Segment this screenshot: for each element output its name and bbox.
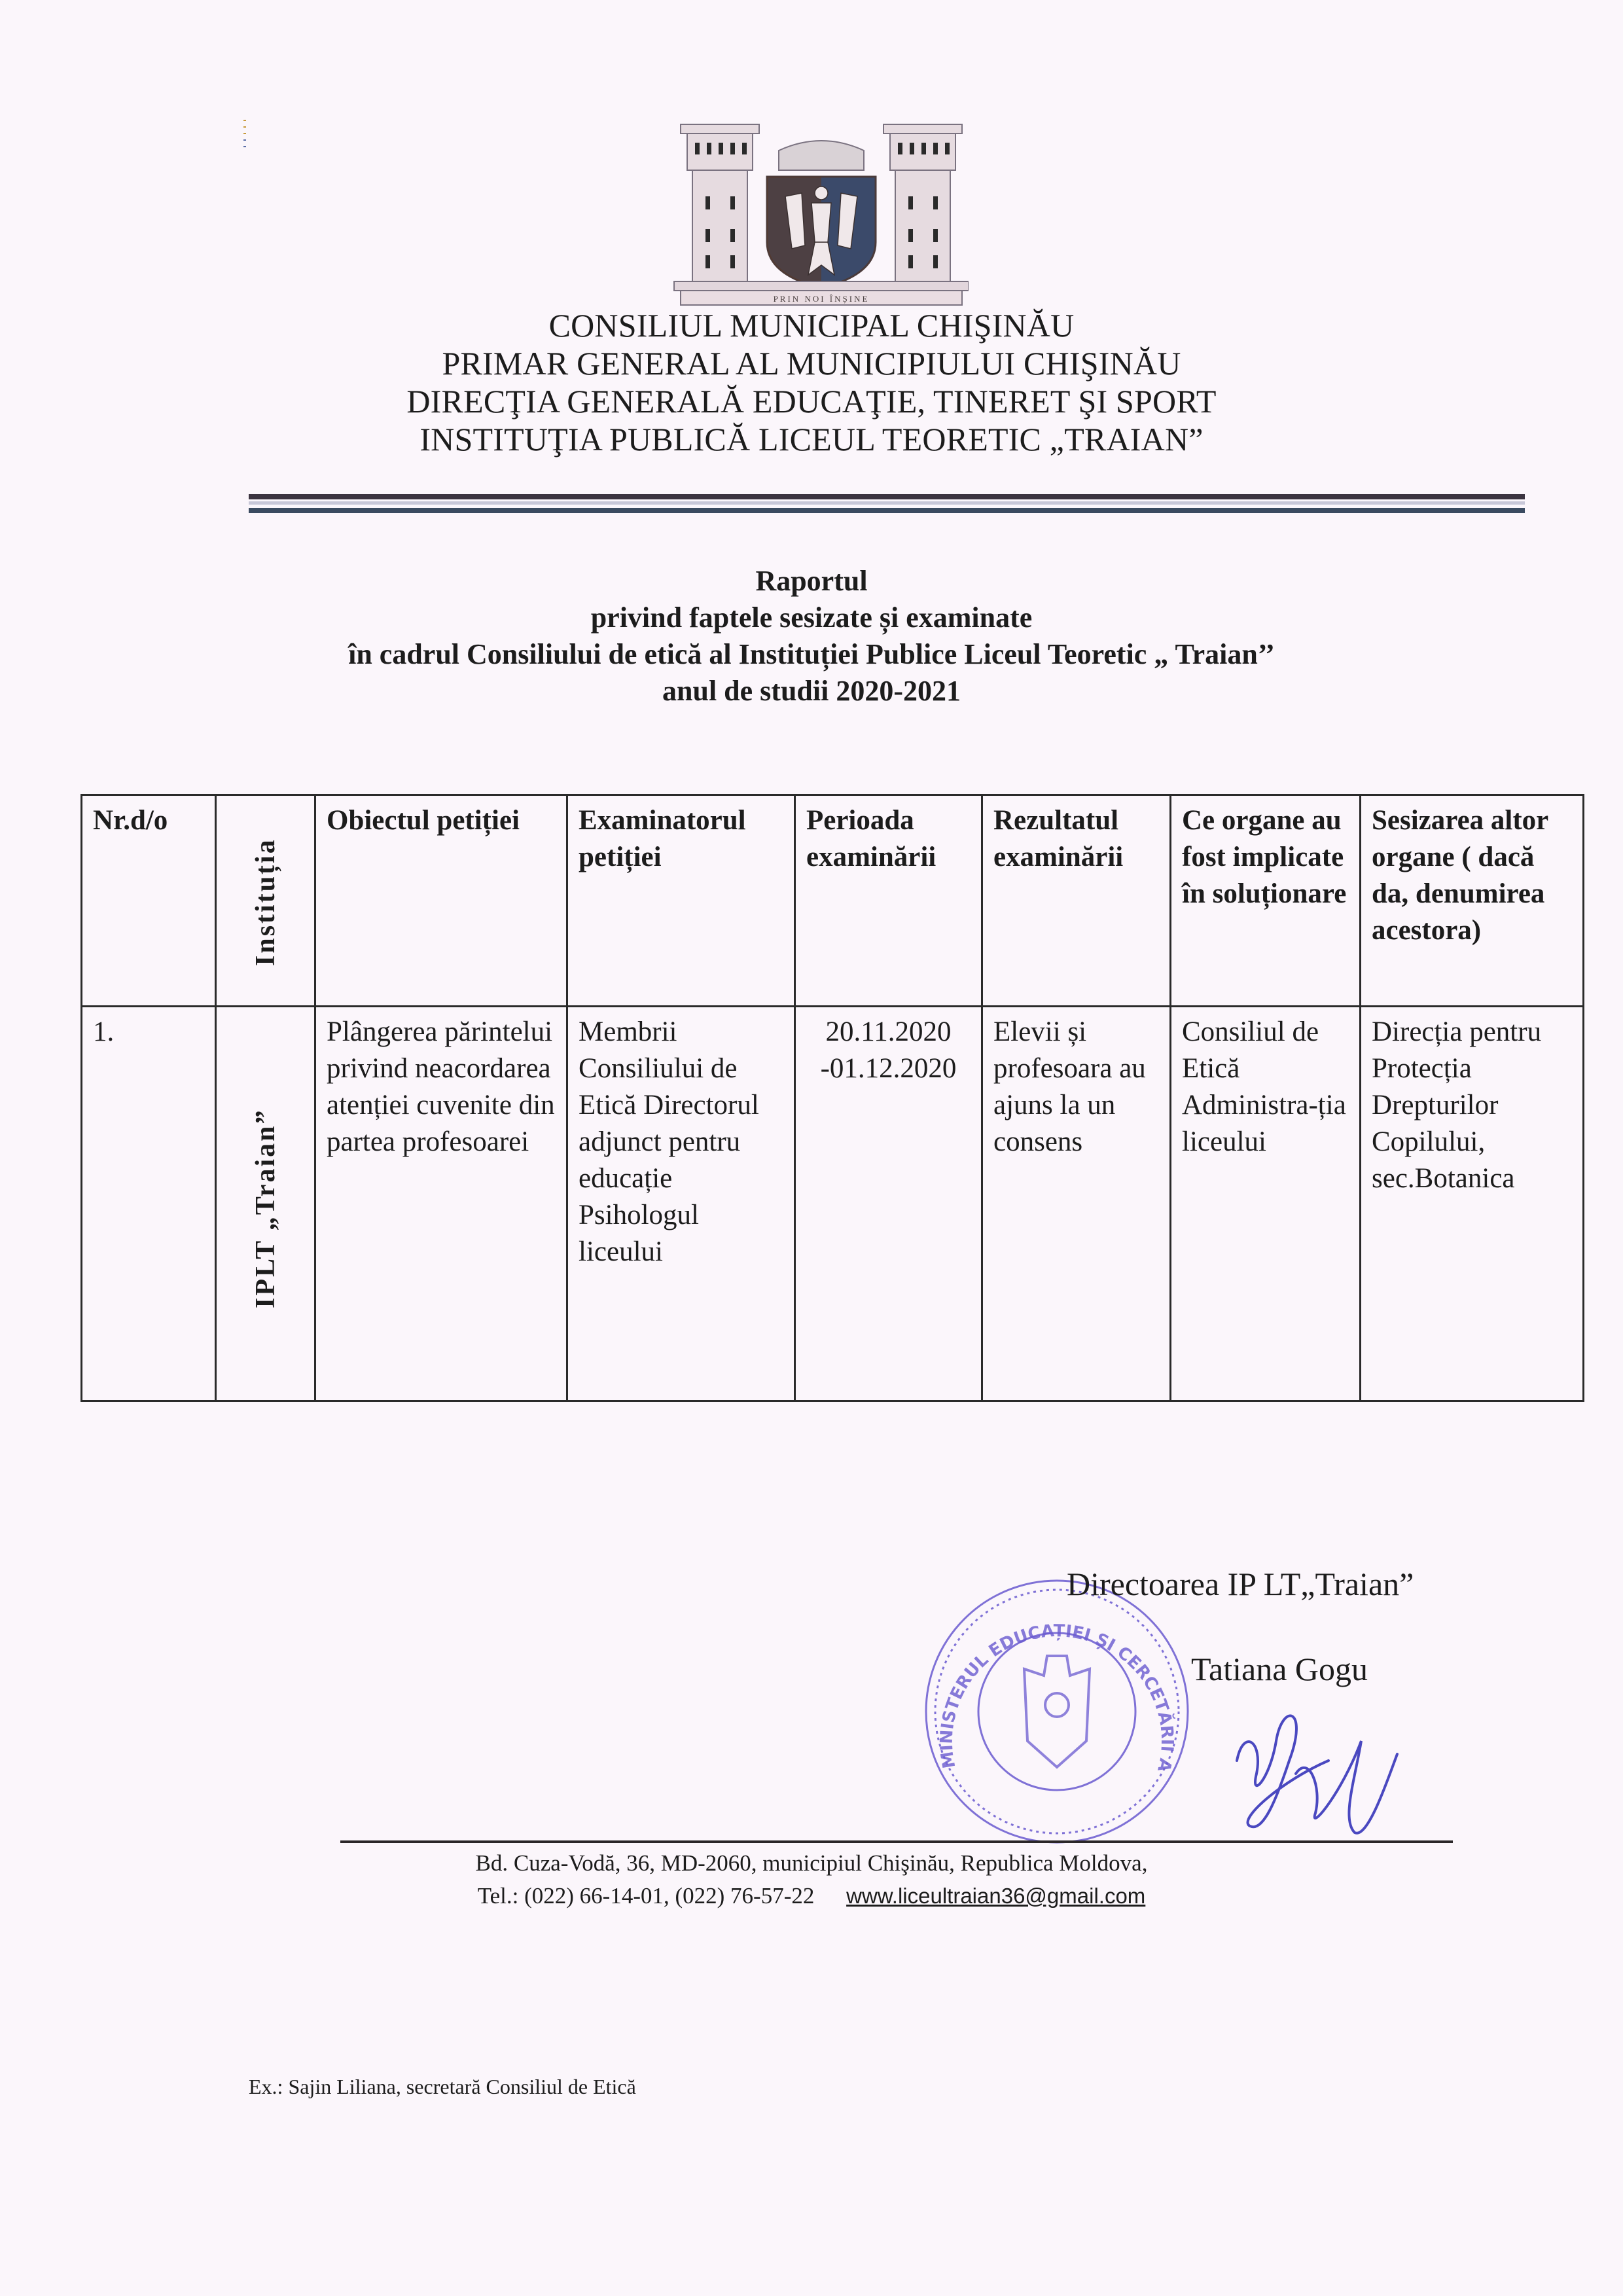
title-line: Raportul <box>0 563 1623 600</box>
col-header-organe: Ce organe au fost implicate în soluționa… <box>1171 795 1361 1007</box>
signatory-position: Directoarea IP LT„Traian” <box>1067 1564 1414 1604</box>
col-header-institutia: Instituția <box>216 795 315 1007</box>
col-header-nr: Nr.d/o <box>82 795 216 1007</box>
cell-obiectul: Plângerea părintelui privind neacordarea… <box>315 1007 567 1401</box>
title-line: anul de studii 2020-2021 <box>0 673 1623 709</box>
report-title: Raportul privind faptele sesizate și exa… <box>0 563 1623 709</box>
col-header-perioada: Perioada examinării <box>795 795 982 1007</box>
cell-nr: 1. <box>82 1007 216 1401</box>
handwritten-signature <box>1224 1702 1407 1846</box>
institution-header: CONSILIUL MUNICIPAL CHIŞINĂU PRIMAR GENE… <box>0 306 1623 458</box>
header-line: CONSILIUL MUNICIPAL CHIŞINĂU <box>0 306 1623 344</box>
cell-institutia: IPLT „Traian” <box>216 1007 315 1401</box>
header-divider <box>249 508 1525 513</box>
title-line: în cadrul Consiliului de etică al Instit… <box>0 636 1623 673</box>
executor-note: Ex.: Sajin Liliana, secretară Consiliul … <box>249 2075 636 2099</box>
header-divider <box>249 501 1525 505</box>
municipal-emblem: PRIN NOI ÎNȘINE <box>654 111 969 308</box>
footer-contact: Bd. Cuza-Vodă, 36, MD-2060, municipiul C… <box>0 1847 1623 1912</box>
signatory-name: Tatiana Gogu <box>1191 1649 1368 1689</box>
cell-rezultatul: Elevii și profesoara au ajuns la un cons… <box>982 1007 1171 1401</box>
svg-text:PRIN NOI ÎNȘINE: PRIN NOI ÎNȘINE <box>774 294 870 304</box>
scan-marks <box>243 120 246 152</box>
official-stamp: MINISTERUL EDUCAȚIEI ȘI CERCETĂRII AL RE… <box>916 1571 1198 1852</box>
col-header-rezultatul: Rezultatul examinării <box>982 795 1171 1007</box>
col-header-sesizarea: Sesizarea altor organe ( dacă da, denumi… <box>1361 795 1584 1007</box>
table-row: 1. IPLT „Traian” Plângerea părintelui pr… <box>82 1007 1584 1401</box>
col-header-obiectul: Obiectul petiției <box>315 795 567 1007</box>
header-line: DIRECŢIA GENERALĂ EDUCAŢIE, TINERET ŞI S… <box>0 382 1623 420</box>
cell-examinatorul: Membrii Consiliului de Etică Directorul … <box>567 1007 795 1401</box>
header-line: INSTITUŢIA PUBLICĂ LICEUL TEORETIC „TRAI… <box>0 420 1623 458</box>
table-header-row: Nr.d/o Instituția Obiectul petiției Exam… <box>82 795 1584 1007</box>
footer-address: Bd. Cuza-Vodă, 36, MD-2060, municipiul C… <box>0 1847 1623 1880</box>
footer-email-link[interactable]: www.liceultraian36@gmail.com <box>846 1884 1145 1908</box>
report-table: Nr.d/o Instituția Obiectul petiției Exam… <box>80 794 1584 1402</box>
footer-phones: Tel.: (022) 66-14-01, (022) 76-57-22 <box>478 1883 815 1909</box>
col-header-examinatorul: Examinatorul petiției <box>567 795 795 1007</box>
header-divider <box>249 494 1525 499</box>
cell-perioada: 20.11.2020 -01.12.2020 <box>795 1007 982 1401</box>
header-line: PRIMAR GENERAL AL MUNICIPIULUI CHIŞINĂU <box>0 344 1623 382</box>
title-line: privind faptele sesizate și examinate <box>0 600 1623 636</box>
cell-sesizarea: Direcția pentru Protecția Drepturilor Co… <box>1361 1007 1584 1401</box>
footer-divider <box>340 1840 1453 1843</box>
cell-organe: Consiliul de Etică Administra-ția liceul… <box>1171 1007 1361 1401</box>
